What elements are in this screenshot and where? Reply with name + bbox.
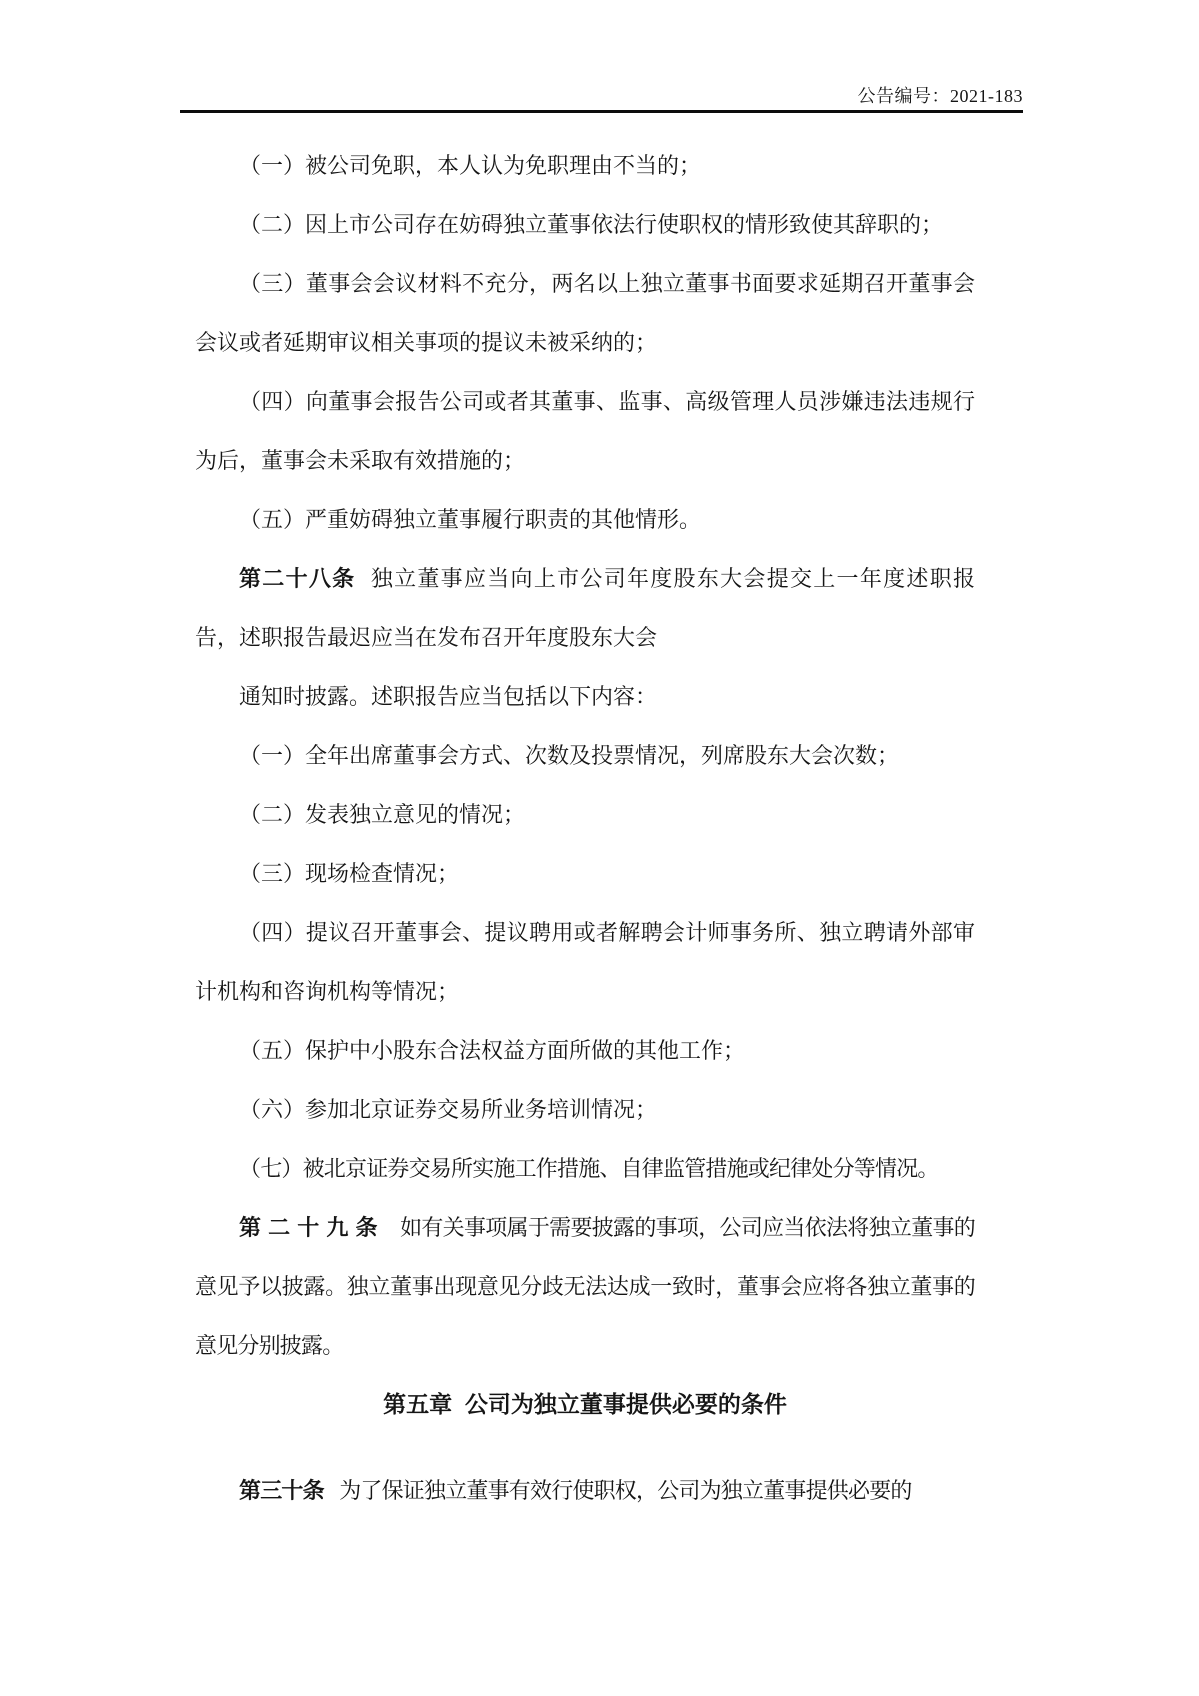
paragraph-text: （二）因上市公司存在妨碍独立董事依法行使职权的情形致使其辞职的； (239, 212, 943, 237)
paragraph-text: （六）参加北京证券交易所业务培训情况； (239, 1097, 657, 1122)
body-paragraph: （三）董事会会议材料不充分，两名以上独立董事书面要求延期召开董事会会议或者延期审… (195, 254, 975, 372)
paragraph-text: （五）保护中小股东合法权益方面所做的其他工作； (239, 1038, 745, 1063)
body-paragraph: （五）保护中小股东合法权益方面所做的其他工作； (195, 1021, 975, 1080)
body-paragraph: 通知时披露。述职报告应当包括以下内容： (195, 667, 975, 726)
article-number: 第二十八条 (239, 566, 355, 591)
paragraph-text: （二）发表独立意见的情况； (239, 802, 525, 827)
article-paragraph: 第三十条为了保证独立董事有效行使职权，公司为独立董事提供必要的 (195, 1461, 975, 1520)
paragraph-text: （四）向董事会报告公司或者其董事、监事、高级管理人员涉嫌违法违规行为后，董事会未… (195, 389, 975, 473)
body-paragraph: （二）发表独立意见的情况； (195, 785, 975, 844)
header-rule (180, 110, 1023, 113)
body-paragraph: （一）被公司免职，本人认为免职理由不当的； (195, 136, 975, 195)
body-paragraph: （五）严重妨碍独立董事履行职责的其他情形。 (195, 490, 975, 549)
paragraph-text: 为了保证独立董事有效行使职权，公司为独立董事提供必要的 (339, 1478, 911, 1503)
document-body: （一）被公司免职，本人认为免职理由不当的；（二）因上市公司存在妨碍独立董事依法行… (195, 136, 975, 1520)
paragraph-text: （七）被北京证券交易所实施工作措施、自律监管措施或纪律处分等情况。 (239, 1156, 939, 1181)
paragraph-text: （三）董事会会议材料不充分，两名以上独立董事书面要求延期召开董事会会议或者延期审… (195, 271, 975, 355)
body-paragraph: （一）全年出席董事会方式、次数及投票情况，列席股东大会次数； (195, 726, 975, 785)
article-paragraph: 第二十八条独立董事应当向上市公司年度股东大会提交上一年度述职报告，述职报告最迟应… (195, 549, 975, 667)
body-paragraph: （六）参加北京证券交易所业务培训情况； (195, 1080, 975, 1139)
body-paragraph: （二）因上市公司存在妨碍独立董事依法行使职权的情形致使其辞职的； (195, 195, 975, 254)
article-number: 第三十条 (239, 1478, 324, 1503)
body-paragraph: （三）现场检查情况； (195, 844, 975, 903)
chapter-heading: 第五章公司为独立董事提供必要的条件 (195, 1375, 975, 1434)
paragraph-text: （一）全年出席董事会方式、次数及投票情况，列席股东大会次数； (239, 743, 899, 768)
body-paragraph: （七）被北京证券交易所实施工作措施、自律监管措施或纪律处分等情况。 (195, 1139, 975, 1198)
article-number: 第二十九条 (239, 1215, 385, 1240)
paragraph-text: （三）现场检查情况； (239, 861, 459, 886)
announcement-number-value: 2021-183 (950, 86, 1023, 106)
paragraph-text: 通知时披露。述职报告应当包括以下内容： (239, 684, 657, 709)
paragraph-text: （一）被公司免职，本人认为免职理由不当的； (239, 153, 701, 178)
paragraph-text: （五）严重妨碍独立董事履行职责的其他情形。 (239, 507, 701, 532)
chapter-number: 第五章 (383, 1392, 452, 1417)
announcement-number-label: 公告编号： (858, 86, 951, 106)
body-paragraph: （四）提议召开董事会、提议聘用或者解聘会计师事务所、独立聘请外部审计机构和咨询机… (195, 903, 975, 1021)
paragraph-text: （四）提议召开董事会、提议聘用或者解聘会计师事务所、独立聘请外部审计机构和咨询机… (195, 920, 975, 1004)
body-paragraph: （四）向董事会报告公司或者其董事、监事、高级管理人员涉嫌违法违规行为后，董事会未… (195, 372, 975, 490)
announcement-number: 公告编号：2021-183 (858, 86, 1024, 106)
page-header: 公告编号：2021-183 (180, 84, 1023, 108)
article-paragraph: 第二十九条如有关事项属于需要披露的事项，公司应当依法将独立董事的意见予以披露。独… (195, 1198, 975, 1375)
chapter-title: 公司为独立董事提供必要的条件 (465, 1392, 787, 1417)
